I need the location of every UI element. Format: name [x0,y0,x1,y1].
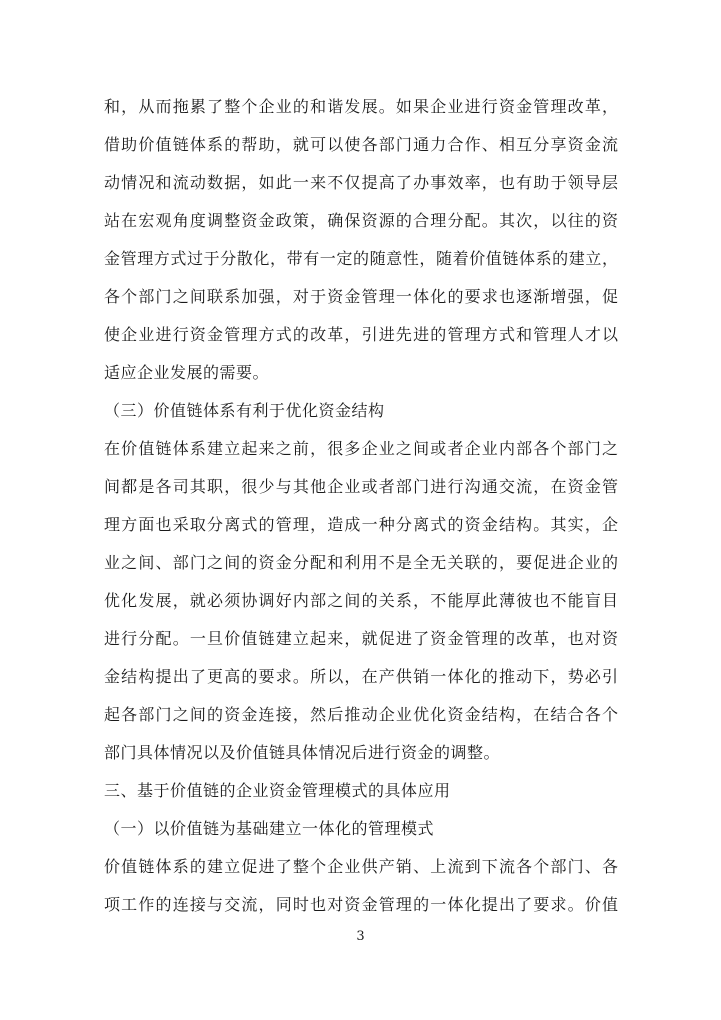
text-line: 站在宏观角度调整资金政策，确保资源的合理分配。其次，以往的资 [104,202,618,240]
text-line: 金管理方式过于分散化，带有一定的随意性，随着价值链体系的建立， [104,240,618,278]
text-line: 进行分配。一旦价值链建立起来，就促进了资金管理的改革，也对资 [104,620,618,658]
subsection-heading: （三）价值链体系有利于优化资金结构 [104,392,618,430]
text-line: 和，从而拖累了整个企业的和谐发展。如果企业进行资金管理改革， [104,88,618,126]
page-body-text: 和，从而拖累了整个企业的和谐发展。如果企业进行资金管理改革， 借助价值链体系的帮… [104,88,618,924]
text-line: 借助价值链体系的帮助，就可以使各部门通力合作、相互分享资金流 [104,126,618,164]
page-number: 3 [0,928,721,946]
text-line: 使企业进行资金管理方式的改革，引进先进的管理方式和管理人才以 [104,316,618,354]
text-line: 项工作的连接与交流，同时也对资金管理的一体化提出了要求。价值 [104,886,618,924]
subsection-heading: （一）以价值链为基础建立一体化的管理模式 [104,810,618,848]
text-line: 起各部门之间的资金连接，然后推动企业优化资金结构，在结合各个 [104,696,618,734]
text-line: 业之间、部门之间的资金分配和利用不是全无关联的，要促进企业的 [104,544,618,582]
text-line: 理方面也采取分离式的管理，造成一种分离式的资金结构。其实，企 [104,506,618,544]
text-line: 适应企业发展的需要。 [104,354,618,392]
text-line: 动情况和流动数据，如此一来不仅提高了办事效率，也有助于领导层 [104,164,618,202]
text-line: 金结构提出了更高的要求。所以，在产供销一体化的推动下，势必引 [104,658,618,696]
text-line: 优化发展，就必须协调好内部之间的关系，不能厚此薄彼也不能盲目 [104,582,618,620]
text-line: 价值链体系的建立促进了整个企业供产销、上流到下流各个部门、各 [104,848,618,886]
text-line: 在价值链体系建立起来之前，很多企业之间或者企业内部各个部门之 [104,430,618,468]
text-line: 各个部门之间联系加强，对于资金管理一体化的要求也逐渐增强，促 [104,278,618,316]
document-page: 和，从而拖累了整个企业的和谐发展。如果企业进行资金管理改革， 借助价值链体系的帮… [0,0,721,1020]
section-heading: 三、基于价值链的企业资金管理模式的具体应用 [104,772,618,810]
text-line: 间都是各司其职，很少与其他企业或者部门进行沟通交流，在资金管 [104,468,618,506]
text-line: 部门具体情况以及价值链具体情况后进行资金的调整。 [104,734,618,772]
